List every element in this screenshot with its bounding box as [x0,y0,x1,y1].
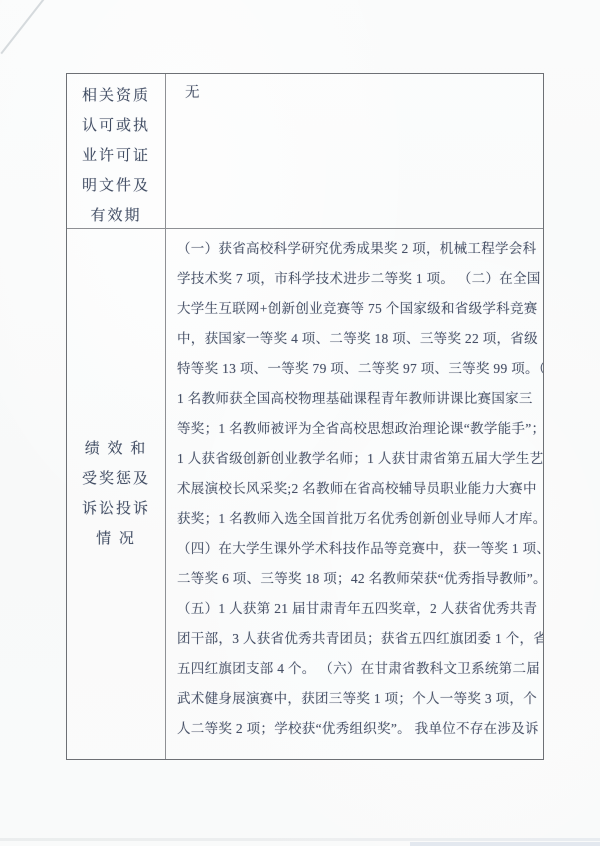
report-info-table: 相关资质认可或执业许可证明文件及有效期 无 绩 效 和受奖惩及诉讼投诉情 况 （… [66,73,544,760]
text-line: 有效期 [67,201,165,231]
text-line: 明文件及 [67,171,165,201]
text-line: 认可或执 [67,111,165,141]
scan-bottom-band-artifact [0,838,600,841]
scan-edge-artifact [0,0,49,54]
text-line: 学技术奖 7 项，市科学技术进步二等奖 1 项。 （二）在全国 [177,264,535,294]
text-line: 特等奖 13 项、一等奖 79 项、二等奖 97 项、三等奖 99 项。（三） [177,354,535,384]
text-line: 诉讼投诉 [67,494,165,524]
qualification-value-text: 无 [185,85,200,101]
text-line: 等奖；1 名教师被评为全省高校思想政治理论课“教学能手”； [177,414,535,444]
text-line: 中，获国家一等奖 4 项、二等奖 18 项、三等奖 22 项，省级 [177,324,535,354]
text-line: 大学生互联网+创新创业竞赛等 75 个国家级和省级学科竞赛 [177,294,535,324]
text-line: 情 况 [67,524,165,554]
text-line: （四）在大学生课外学术科技作品等竞赛中，获一等奖 1 项、 [177,534,535,564]
text-line: 获奖；1 名教师入选全国首批万名优秀创新创业导师人才库。 [177,504,535,534]
text-line: 团干部，3 人获省优秀共青团员；获省五四红旗团委 1 个，省 [177,624,535,654]
text-line: 人二等奖 2 项；学校获“优秀组织奖”。 我单位不存在涉及诉 [177,714,535,744]
row-label-qualification-validity: 相关资质认可或执业许可证明文件及有效期 [67,74,166,228]
text-line: 二等奖 6 项、三等奖 18 项；42 名教师荣获“优秀指导教师”。 [177,564,535,594]
scanned-document-page: 相关资质认可或执业许可证明文件及有效期 无 绩 效 和受奖惩及诉讼投诉情 况 （… [0,0,600,846]
row-label-performance-awards: 绩 效 和受奖惩及诉讼投诉情 况 [67,229,166,759]
text-line: （五）1 人获第 21 届甘肃青年五四奖章，2 人获省优秀共青 [177,594,535,624]
text-line: 业许可证 [67,141,165,171]
table-row-performance: 绩 效 和受奖惩及诉讼投诉情 况 （一）获省高校科学研究优秀成果奖 2 项，机械… [67,229,543,759]
row-value-qualification-validity: 无 [166,74,543,228]
text-line: （一）获省高校科学研究优秀成果奖 2 项，机械工程学会科 [177,234,535,264]
text-line: 受奖惩及 [67,464,165,494]
scan-bottom-right-artifact [410,842,600,846]
text-line: 1 人获省级创新创业教学名师；1 人获甘肃省第五届大学生艺 [177,444,535,474]
table-row-qualification: 相关资质认可或执业许可证明文件及有效期 无 [67,74,543,229]
row-value-performance-awards: （一）获省高校科学研究优秀成果奖 2 项，机械工程学会科学技术奖 7 项，市科学… [166,229,543,759]
text-line: 武术健身展演赛中，获团三等奖 1 项；个人一等奖 3 项，个 [177,684,535,714]
text-line: 1 名教师获全国高校物理基础课程青年教师讲课比赛国家三 [177,384,535,414]
text-line: 相关资质 [67,81,165,111]
text-line: 术展演校长风采奖;2 名教师在省高校辅导员职业能力大赛中 [177,474,535,504]
text-line: 绩 效 和 [67,434,165,464]
text-line: 五四红旗团支部 4 个。 （六）在甘肃省教科文卫系统第二届 [177,654,535,684]
